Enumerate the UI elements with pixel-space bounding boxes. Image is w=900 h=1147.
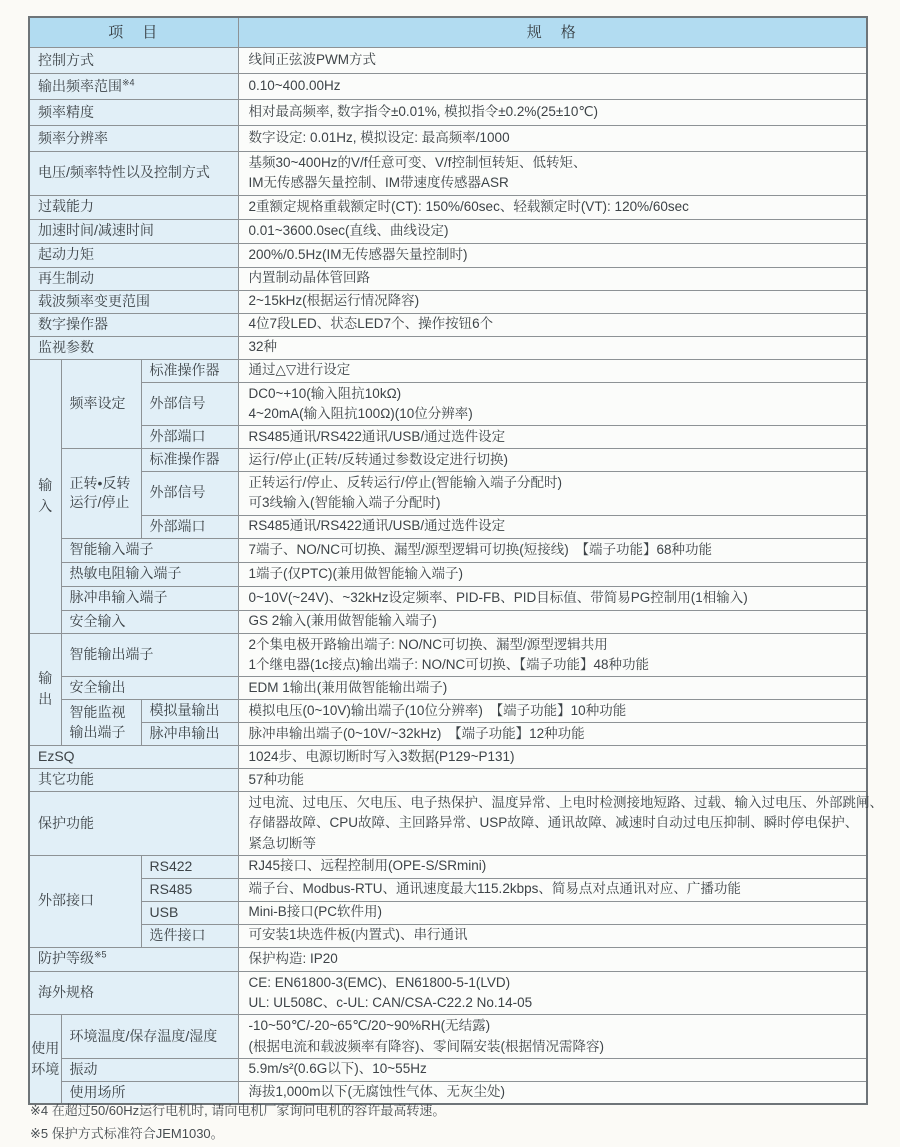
- col-header-spec: 规 格: [238, 17, 867, 48]
- table-row: 外部信号正转运行/停止、反转运行/停止(智能输入端子分配时)可3线输入(智能输入…: [29, 472, 867, 516]
- row-label-cell: 外部端口: [141, 426, 238, 449]
- table-row: 输入频率设定标准操作器通过△▽进行设定: [29, 359, 867, 382]
- row-label-cell: RS422: [141, 855, 238, 878]
- row-label-cell: 安全输入: [61, 610, 238, 633]
- spec-value-cell: 2~15kHz(根据运行情况降容): [238, 290, 867, 313]
- spec-value-cell: 7端子、NO/NC可切换、漏型/源型逻辑可切换(短接线) 【端子功能】68种功能: [238, 538, 867, 562]
- row-label-cell: RS485: [141, 878, 238, 901]
- table-row: RS485端子台、Modbus-RTU、通讯速度最大115.2kbps、简易点对…: [29, 878, 867, 901]
- table-row: 输出频率范围※40.10~400.00Hz: [29, 74, 867, 100]
- table-row: 数字操作器4位7段LED、状态LED7个、操作按钮6个: [29, 313, 867, 336]
- row-label-cell: 起动力矩: [29, 243, 238, 267]
- table-row: 安全输入GS 2输入(兼用做智能输入端子): [29, 610, 867, 633]
- spec-table: 项 目规 格控制方式线间正弦波PWM方式输出频率范围※40.10~400.00H…: [28, 16, 868, 1105]
- spec-value-cell: GS 2输入(兼用做智能输入端子): [238, 610, 867, 633]
- row-label-cell: EzSQ: [29, 746, 238, 769]
- spec-value-cell: 200%/0.5Hz(IM无传感器矢量控制时): [238, 243, 867, 267]
- spec-table-body: 项 目规 格控制方式线间正弦波PWM方式输出频率范围※40.10~400.00H…: [29, 17, 867, 1104]
- table-row: 正转•反转运行/停止标准操作器运行/停止(正转/反转通过参数设定进行切换): [29, 449, 867, 472]
- table-row: 使用环境环境温度/保存温度/湿度-10~50℃/-20~65℃/20~90%RH…: [29, 1015, 867, 1059]
- row-label-cell: USB: [141, 901, 238, 924]
- spec-value-cell: -10~50℃/-20~65℃/20~90%RH(无结露)(根据电流和载波频率有…: [238, 1015, 867, 1059]
- spec-value-cell: 0.10~400.00Hz: [238, 74, 867, 100]
- table-row: 振动5.9m/s²(0.6G以下)、10~55Hz: [29, 1058, 867, 1081]
- row-label-cell: 载波频率变更范围: [29, 290, 238, 313]
- spec-value-cell: 通过△▽进行设定: [238, 359, 867, 382]
- row-label-cell: 电压/频率特性以及控制方式: [29, 152, 238, 196]
- scanned-spec-page: 项 目规 格控制方式线间正弦波PWM方式输出频率范围※40.10~400.00H…: [0, 0, 900, 1147]
- row-label-cell: 振动: [61, 1058, 238, 1081]
- col-header-item: 项 目: [29, 17, 238, 48]
- table-row: 智能输入端子7端子、NO/NC可切换、漏型/源型逻辑可切换(短接线) 【端子功能…: [29, 538, 867, 562]
- row-label-cell: 外部信号: [141, 382, 238, 426]
- row-label-cell: 频率分辨率: [29, 126, 238, 152]
- spec-value-cell: 32种: [238, 336, 867, 359]
- spec-value-cell: 正转运行/停止、反转运行/停止(智能输入端子分配时)可3线输入(智能输入端子分配…: [238, 472, 867, 516]
- spec-value-cell: EDM 1输出(兼用做智能输出端子): [238, 677, 867, 700]
- row-label-cell: 外部信号: [141, 472, 238, 516]
- spec-value-cell: 端子台、Modbus-RTU、通讯速度最大115.2kbps、简易点对点通讯对应…: [238, 878, 867, 901]
- row-label-cell: 选件接口: [141, 924, 238, 947]
- row-label-cell: 脉冲串输入端子: [61, 586, 238, 610]
- row-label-cell: 智能输入端子: [61, 538, 238, 562]
- table-row: 脉冲串输入端子0~10V(~24V)、~32kHz设定频率、PID-FB、PID…: [29, 586, 867, 610]
- spec-value-cell: 数字设定: 0.01Hz, 模拟设定: 最高频率/1000: [238, 126, 867, 152]
- spec-value-cell: Mini-B接口(PC软件用): [238, 901, 867, 924]
- row-label-cell: 标准操作器: [141, 449, 238, 472]
- spec-value-cell: 5.9m/s²(0.6G以下)、10~55Hz: [238, 1058, 867, 1081]
- row-label-cell: 智能输出端子: [61, 633, 238, 677]
- table-row: 控制方式线间正弦波PWM方式: [29, 48, 867, 74]
- table-row: 频率分辨率数字设定: 0.01Hz, 模拟设定: 最高频率/1000: [29, 126, 867, 152]
- row-label-cell: 过载能力: [29, 195, 238, 219]
- row-label-cell: 再生制动: [29, 267, 238, 290]
- footnote-4: ※4 在超过50/60Hz运行电机时, 请向电机厂家询问电机的容许最高转速。: [30, 1100, 445, 1119]
- table-row: 外部信号DC0~+10(输入阻抗10kΩ)4~20mA(输入阻抗100Ω)(10…: [29, 382, 867, 426]
- row-label-cell: 外部接口: [29, 855, 141, 947]
- spec-value-cell: 57种功能: [238, 769, 867, 792]
- table-row: 起动力矩200%/0.5Hz(IM无传感器矢量控制时): [29, 243, 867, 267]
- table-row: 项 目规 格: [29, 17, 867, 48]
- table-row: 再生制动内置制动晶体管回路: [29, 267, 867, 290]
- spec-value-cell: 相对最高频率, 数字指令±0.01%, 模拟指令±0.2%(25±10℃): [238, 100, 867, 126]
- table-row: 选件接口可安装1块选件板(内置式)、串行通讯: [29, 924, 867, 947]
- spec-value-cell: 2个集电极开路输出端子: NO/NC可切换、漏型/源型逻辑共用1个继电器(1c接…: [238, 633, 867, 677]
- spec-value-cell: 运行/停止(正转/反转通过参数设定进行切换): [238, 449, 867, 472]
- row-label-cell: 数字操作器: [29, 313, 238, 336]
- row-label-cell: 频率精度: [29, 100, 238, 126]
- spec-value-cell: RS485通讯/RS422通讯/USB/通过选件设定: [238, 426, 867, 449]
- row-label-cell: 海外规格: [29, 971, 238, 1015]
- spec-value-cell: 基频30~400Hz的V/f任意可变、V/f控制恒转矩、低转矩、IM无传感器矢量…: [238, 152, 867, 196]
- table-row: 频率精度相对最高频率, 数字指令±0.01%, 模拟指令±0.2%(25±10℃…: [29, 100, 867, 126]
- spec-value-cell: 线间正弦波PWM方式: [238, 48, 867, 74]
- spec-value-cell: 2重额定规格重载额定时(CT): 150%/60sec、轻载额定时(VT): 1…: [238, 195, 867, 219]
- spec-value-cell: 1024步、电源切断时写入3数据(P129~P131): [238, 746, 867, 769]
- table-row: 其它功能57种功能: [29, 769, 867, 792]
- table-row: EzSQ1024步、电源切断时写入3数据(P129~P131): [29, 746, 867, 769]
- spec-value-cell: 脉冲串输出端子(0~10V/~32kHz) 【端子功能】12种功能: [238, 723, 867, 746]
- spec-value-cell: 可安装1块选件板(内置式)、串行通讯: [238, 924, 867, 947]
- row-label-cell: 环境温度/保存温度/湿度: [61, 1015, 238, 1059]
- row-label-cell: 脉冲串输出: [141, 723, 238, 746]
- row-label-cell: 加速时间/减速时间: [29, 219, 238, 243]
- row-label-cell: 模拟量输出: [141, 700, 238, 723]
- table-row: 监视参数32种: [29, 336, 867, 359]
- row-label-cell: 正转•反转运行/停止: [61, 449, 141, 539]
- spec-value-cell: RJ45接口、远程控制用(OPE-S/SRmini): [238, 855, 867, 878]
- spec-value-cell: 1端子(仅PTC)(兼用做智能输入端子): [238, 562, 867, 586]
- table-row: USBMini-B接口(PC软件用): [29, 901, 867, 924]
- row-label-cell: 监视参数: [29, 336, 238, 359]
- table-row: 外部端口RS485通讯/RS422通讯/USB/通过选件设定: [29, 515, 867, 538]
- row-label-cell: 其它功能: [29, 769, 238, 792]
- group-label-cell: 输出: [29, 633, 61, 746]
- group-label-cell: 使用环境: [29, 1015, 61, 1105]
- table-row: 外部接口RS422RJ45接口、远程控制用(OPE-S/SRmini): [29, 855, 867, 878]
- table-row: 海外规格CE: EN61800-3(EMC)、EN61800-5-1(LVD)U…: [29, 971, 867, 1015]
- spec-value-cell: DC0~+10(输入阻抗10kΩ)4~20mA(输入阻抗100Ω)(10位分辨率…: [238, 382, 867, 426]
- table-row: 输出智能输出端子2个集电极开路输出端子: NO/NC可切换、漏型/源型逻辑共用1…: [29, 633, 867, 677]
- table-row: 安全输出EDM 1输出(兼用做智能输出端子): [29, 677, 867, 700]
- spec-value-cell: 0~10V(~24V)、~32kHz设定频率、PID-FB、PID目标值、带简易…: [238, 586, 867, 610]
- row-label-cell: 智能监视 输出端子: [61, 700, 141, 746]
- row-label-cell: 频率设定: [61, 359, 141, 449]
- table-row: 过载能力2重额定规格重载额定时(CT): 150%/60sec、轻载额定时(VT…: [29, 195, 867, 219]
- row-label-cell: 标准操作器: [141, 359, 238, 382]
- table-row: 保护功能过电流、过电压、欠电压、电子热保护、温度异常、上电时检测接地短路、过载、…: [29, 792, 867, 856]
- spec-value-cell: 内置制动晶体管回路: [238, 267, 867, 290]
- row-label-cell: 保护功能: [29, 792, 238, 856]
- row-label-cell: 控制方式: [29, 48, 238, 74]
- spec-value-cell: 保护构造: IP20: [238, 947, 867, 971]
- group-label-cell: 输入: [29, 359, 61, 633]
- table-row: 外部端口RS485通讯/RS422通讯/USB/通过选件设定: [29, 426, 867, 449]
- row-label-cell: 外部端口: [141, 515, 238, 538]
- spec-value-cell: 模拟电压(0~10V)输出端子(10位分辨率) 【端子功能】10种功能: [238, 700, 867, 723]
- row-label-cell: 安全输出: [61, 677, 238, 700]
- spec-value-cell: 4位7段LED、状态LED7个、操作按钮6个: [238, 313, 867, 336]
- table-row: 智能监视 输出端子模拟量输出模拟电压(0~10V)输出端子(10位分辨率) 【端…: [29, 700, 867, 723]
- table-row: 热敏电阻输入端子1端子(仅PTC)(兼用做智能输入端子): [29, 562, 867, 586]
- spec-value-cell: RS485通讯/RS422通讯/USB/通过选件设定: [238, 515, 867, 538]
- table-row: 电压/频率特性以及控制方式基频30~400Hz的V/f任意可变、V/f控制恒转矩…: [29, 152, 867, 196]
- row-label-cell: 防护等级※5: [29, 947, 238, 971]
- row-label-cell: 输出频率范围※4: [29, 74, 238, 100]
- spec-value-cell: 过电流、过电压、欠电压、电子热保护、温度异常、上电时检测接地短路、过载、输入过电…: [238, 792, 867, 856]
- table-row: 脉冲串输出脉冲串输出端子(0~10V/~32kHz) 【端子功能】12种功能: [29, 723, 867, 746]
- footnote-5: ※5 保护方式标准符合JEM1030。: [30, 1123, 224, 1142]
- spec-value-cell: 0.01~3600.0sec(直线、曲线设定): [238, 219, 867, 243]
- table-row: 防护等级※5保护构造: IP20: [29, 947, 867, 971]
- table-row: 加速时间/减速时间0.01~3600.0sec(直线、曲线设定): [29, 219, 867, 243]
- row-label-cell: 热敏电阻输入端子: [61, 562, 238, 586]
- spec-value-cell: CE: EN61800-3(EMC)、EN61800-5-1(LVD)UL: U…: [238, 971, 867, 1015]
- table-row: 载波频率变更范围2~15kHz(根据运行情况降容): [29, 290, 867, 313]
